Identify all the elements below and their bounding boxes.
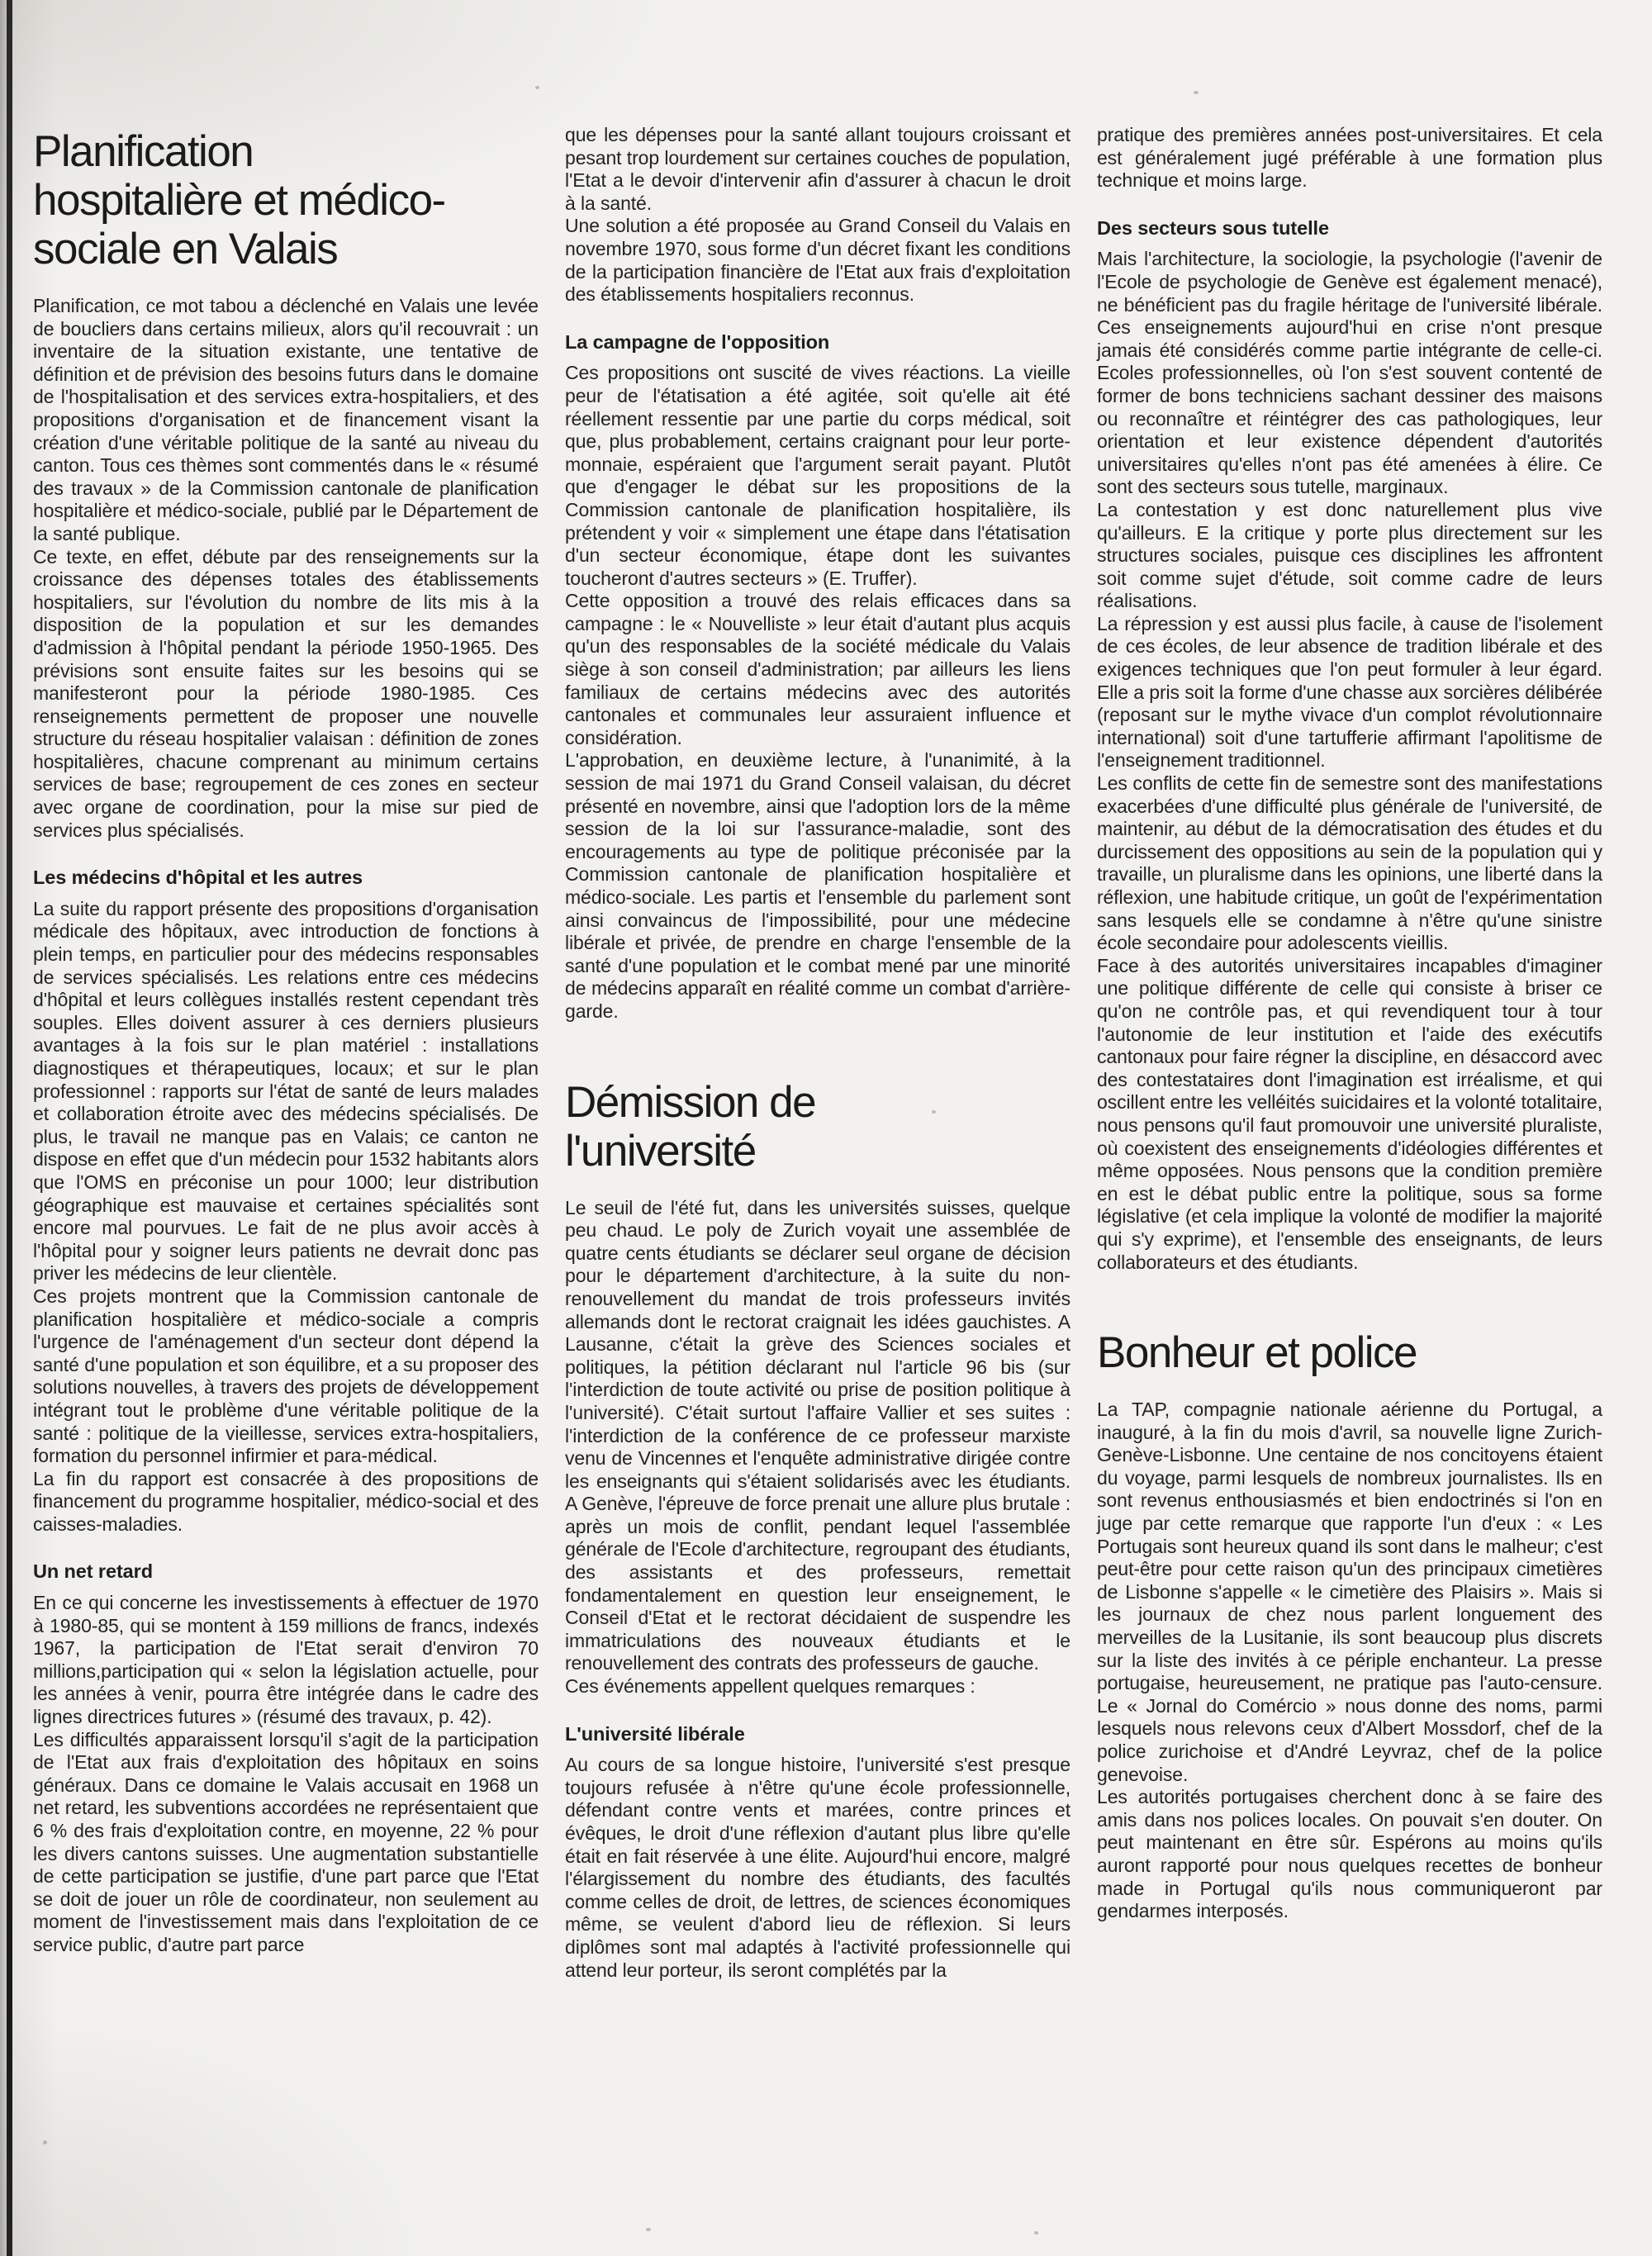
article-title: Démission de l'université <box>565 1078 1070 1175</box>
scan-speck <box>646 2228 651 2231</box>
scan-speck <box>535 86 539 89</box>
paragraph: Le seuil de l'été fut, dans les universi… <box>565 1197 1070 1675</box>
paragraph: Planification, ce mot tabou a déclenché … <box>33 295 539 546</box>
column-left: Planification hospitalière et médico- so… <box>33 124 539 1982</box>
paragraph: L'approbation, en deuxième lecture, à l'… <box>565 749 1070 1023</box>
paragraph: Les conflits de cette fin de semestre so… <box>1097 772 1602 955</box>
article-title: Planification hospitalière et médico- so… <box>33 127 539 273</box>
section-heading: La campagne de l'opposition <box>565 331 1070 354</box>
paragraph: Ces propositions ont suscité de vives ré… <box>565 362 1070 590</box>
section-heading: Les médecins d'hôpital et les autres <box>33 867 539 890</box>
column-right: pratique des premières années post-unive… <box>1097 124 1602 1982</box>
paragraph: Au cours de sa longue histoire, l'univer… <box>565 1754 1070 1982</box>
newspaper-page: { "palette": { "paper": "#f2f1ed", "ink"… <box>0 0 1652 2256</box>
article-columns: Planification hospitalière et médico- so… <box>33 124 1602 1982</box>
scan-speck <box>43 2140 47 2144</box>
scan-speck <box>1194 91 1199 94</box>
paragraph: La contestation y est donc naturellement… <box>1097 499 1602 613</box>
paragraph: Ces projets montrent que la Commission c… <box>33 1285 539 1468</box>
section-heading: L'université libérale <box>565 1723 1070 1746</box>
paragraph: Face à des autorités universitaires inca… <box>1097 955 1602 1274</box>
paragraph: Une solution a été proposée au Grand Con… <box>565 215 1070 306</box>
paragraph: La fin du rapport est consacrée à des pr… <box>33 1468 539 1536</box>
paragraph: La répression y est aussi plus facile, à… <box>1097 613 1602 772</box>
paragraph: Ces événements appellent quelques remarq… <box>565 1675 1070 1698</box>
paragraph: pratique des premières années post-unive… <box>1097 124 1602 192</box>
paragraph: que les dépenses pour la santé allant to… <box>565 124 1070 215</box>
section-heading: Des secteurs sous tutelle <box>1097 217 1602 240</box>
paragraph: Mais l'architecture, la sociologie, la p… <box>1097 248 1602 499</box>
paragraph: Les difficultés apparaissent lorsqu'il s… <box>33 1729 539 1957</box>
column-middle: que les dépenses pour la santé allant to… <box>565 124 1070 1982</box>
paragraph: Les autorités portugaises cherchent donc… <box>1097 1786 1602 1923</box>
scan-edge-shadow <box>0 0 7 2256</box>
paragraph: Ce texte, en effet, débute par des rense… <box>33 546 539 843</box>
article-title: Bonheur et police <box>1097 1328 1602 1377</box>
paragraph: La TAP, compagnie nationale aérienne du … <box>1097 1399 1602 1786</box>
paragraph: En ce qui concerne les investissements à… <box>33 1592 539 1729</box>
scan-speck <box>1034 2231 1038 2235</box>
scan-edge-line <box>7 0 12 2256</box>
paragraph: Cette opposition a trouvé des relais eff… <box>565 590 1070 749</box>
section-heading: Un net retard <box>33 1560 539 1584</box>
paragraph: La suite du rapport présente des proposi… <box>33 898 539 1285</box>
